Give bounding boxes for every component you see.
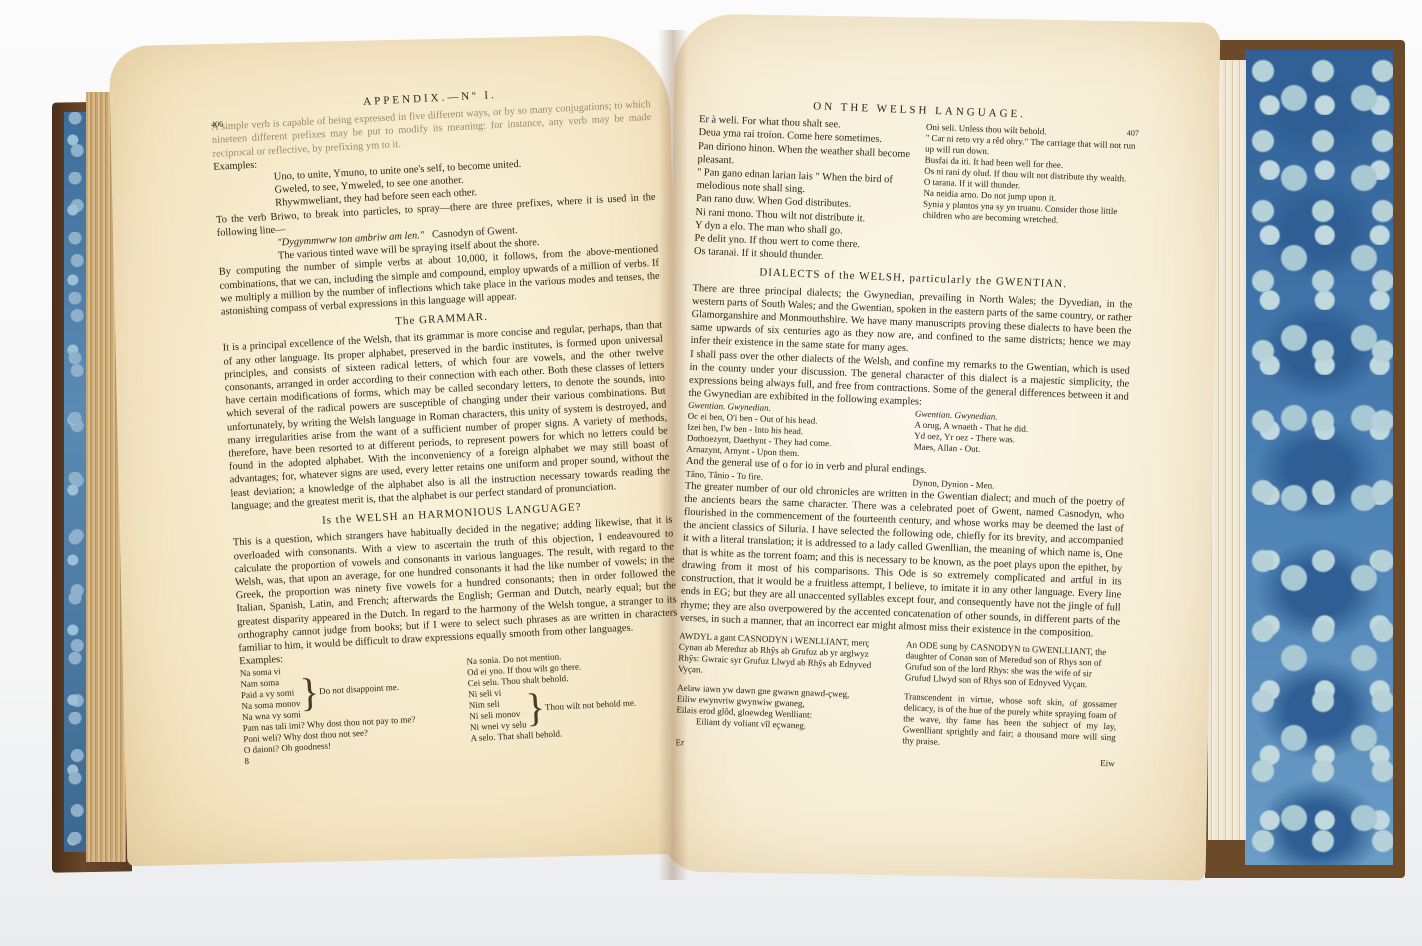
translation-text: Transcendent in virtue, whose soft skin,… xyxy=(902,691,1117,754)
phrase-column-left: Er à weli. For what thou shalt see. Deua… xyxy=(694,113,912,266)
phrase-columns: Er à weli. For what thou shalt see. Deua… xyxy=(694,113,1139,275)
paragraph: The greater number of our old chronicles… xyxy=(680,479,1125,641)
paragraph: It is a principal excellence of the Wels… xyxy=(222,319,670,513)
phrase-column-right: Oni seli. Unless thou wilt behold. " Car… xyxy=(921,122,1139,275)
welsh-verse: Aelaw iawn yw dawn gne gwawn gnawd-çweg,… xyxy=(675,682,891,760)
left-marbled-board xyxy=(64,112,86,852)
left-page-text: 406 APPENDIX.—Nº I. A simple verb is cap… xyxy=(210,81,684,771)
awdyl-heading: AWDYL a gant CASNODYN i WENLLIANT, merç … xyxy=(678,631,893,683)
ode-heading: An ODE sung by CASNODYN to GWENLLIANT, t… xyxy=(905,639,1120,691)
brace-symbol: } xyxy=(525,688,546,729)
dialect-table-right: Gwentian. Gwynedian. A orug, A wnaeth - … xyxy=(913,409,1128,472)
dialect-table-left: Gwentian. Gwynedian. Oc ei ben, O'i ben … xyxy=(686,400,901,463)
page-number: 407 xyxy=(1127,126,1139,140)
brace-symbol: } xyxy=(299,672,320,713)
phrase-meaning: Thou wilt not behold me. xyxy=(545,697,637,713)
phrase-column-right: Na sonia. Do not mention. Od ei yno. If … xyxy=(466,646,684,760)
phrase-meaning: Do not disappoint me. xyxy=(319,682,399,697)
right-marbled-board xyxy=(1245,50,1393,865)
ode-headings: AWDYL a gant CASNODYN i WENLLIANT, merç … xyxy=(678,631,1119,692)
page-number: 406 xyxy=(211,117,224,131)
phrase-column-left: Na soma vi Nam soma Paid a vy somi Na so… xyxy=(240,657,458,771)
english-translation: Transcendent in virtue, whose soft skin,… xyxy=(902,691,1118,769)
right-page-text: 407 ON THE WELSH LANGUAGE. Er à weli. Fo… xyxy=(675,96,1140,769)
paragraph: This is a question, which strangers have… xyxy=(233,514,679,656)
photo-scene: 406 APPENDIX.—Nº I. A simple verb is cap… xyxy=(0,0,1422,946)
